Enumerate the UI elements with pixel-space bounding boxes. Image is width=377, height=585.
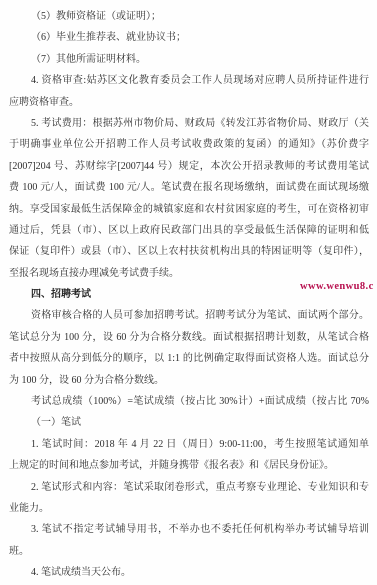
text-line: 4. 资格审查:姑苏区文化教育委员会工作人员现场对应聘人员所持证件进行 [9, 70, 369, 91]
text-line: 为 100 分，设 60 分为合格分数线。 [9, 370, 369, 391]
watermark-url: www.wenwu8.c [300, 281, 374, 292]
text-line: 费 100 元/人，面试费 100 元/人。笔试费在报名现场缴纳，面试费在面试现… [9, 177, 369, 198]
text-line: 2. 笔试形式和内容：笔试采取闭卷形式，重点考察专业理论、专业知识和专 [9, 477, 369, 498]
text-line: 上规定的时间和地点参加考试，并随身携带《报名表》和《居民身份证》。 [9, 455, 369, 476]
text-line: 班。 [9, 541, 369, 562]
text-line: 笔试总分为 100 分，设 60 分为合格分数线。面试根据招聘计划数，从笔试合格 [9, 327, 369, 348]
text-line: 业能力。 [9, 498, 369, 519]
text-line: 考试总成绩（100%）=笔试成绩（按占比 30%计）+面试成绩（按占比 70%计… [9, 391, 369, 412]
text-line: 保证（复印件）或县（市）、区以上农村扶贫机构出具的特困证明等（复印件）， [9, 241, 369, 262]
document-page: （5）教师资格证（或证明）；（6）毕业生推荐表、就业协议书；（7）其他所需证明材… [0, 0, 377, 585]
text-line: （7）其他所需证明材料。 [9, 49, 369, 70]
text-line: 3. 笔试不指定考试辅导用书，不举办也不委托任何机构举办考试辅导培训 [9, 519, 369, 540]
text-line: （6）毕业生推荐表、就业协议书； [9, 27, 369, 48]
text-line: 1. 笔试时间：2018 年 4 月 22 日（周日）9:00-11:00，考生… [9, 434, 369, 455]
text-line: 应聘资格审查。 [9, 92, 369, 113]
text-line: 5. 考试费用：根据苏州市物价局、财政局《转发江苏省物价局、财政厅（关 [9, 113, 369, 134]
text-line: 者中按照从高分到低分的顺序，以 1:1 的比例确定取得面试资格人选。面试总分 [9, 348, 369, 369]
text-line: （一）笔试 [9, 412, 369, 433]
text-line: 通过后，凭县（市）、区以上政府民政部门出具的享受最低生活保障的证明和低 [9, 220, 369, 241]
text-line: 于明确事业单位公开招聘工作人员考试收费政策的复函）的通知》（苏价费字 [9, 134, 369, 155]
text-line: （5）教师资格证（或证明）； [9, 6, 369, 27]
document-body: （5）教师资格证（或证明）；（6）毕业生推荐表、就业协议书；（7）其他所需证明材… [9, 6, 369, 584]
text-line: 4. 笔试成绩当天公布。 [9, 562, 369, 583]
text-line: [2007]204 号、苏财综字[2007]44 号）规定，本次公开招录教师的考… [9, 156, 369, 177]
text-line: 纳。享受国家最低生活保障金的城镇家庭和农村贫困家庭的考生，可在资格初审 [9, 199, 369, 220]
text-line: 资格审核合格的人员可参加招聘考试。招聘考试分为笔试、面试两个部分。 [9, 305, 369, 326]
